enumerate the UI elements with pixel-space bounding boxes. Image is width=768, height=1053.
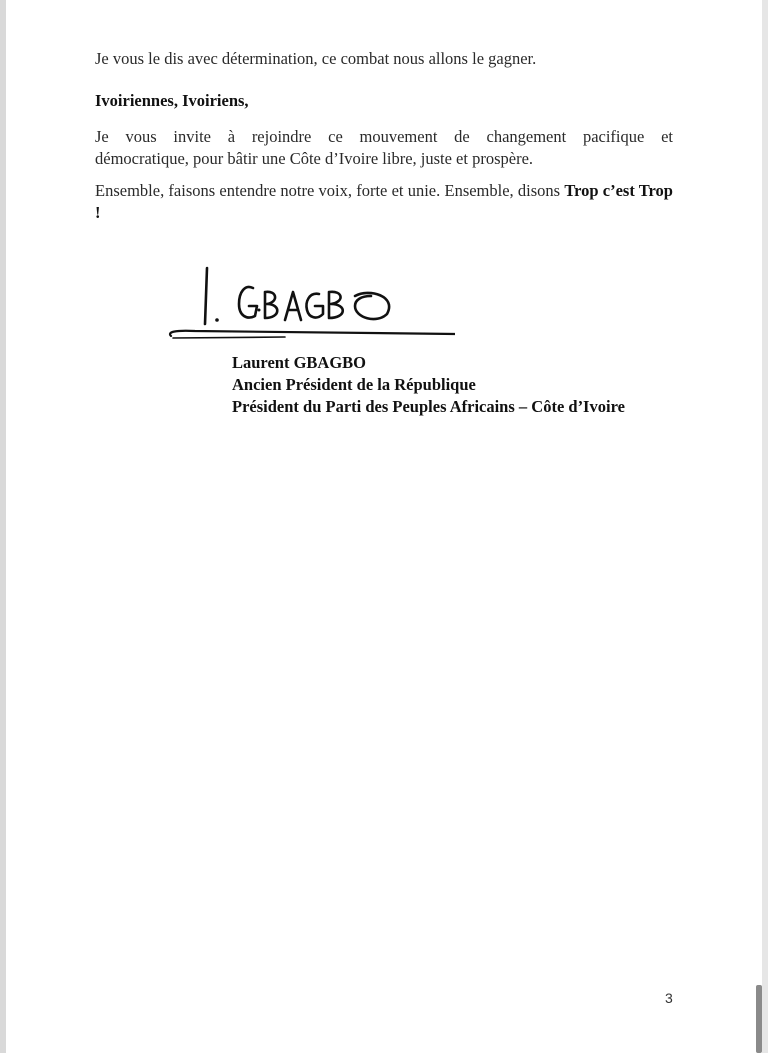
- paragraph-invitation-line2: démocratique, pour bâtir une Côte d’Ivoi…: [95, 149, 533, 168]
- paragraph-ensemble-text: Ensemble, faisons entendre notre voix, f…: [95, 181, 564, 200]
- scrollbar-thumb[interactable]: [756, 985, 762, 1053]
- handwritten-signature: [165, 262, 455, 346]
- paragraph-determination: Je vous le dis avec détermination, ce co…: [95, 48, 673, 70]
- page-number: 3: [665, 990, 673, 1006]
- signatory-name: Laurent GBAGBO: [232, 352, 625, 374]
- signatory-title-1: Ancien Président de la République: [232, 374, 625, 396]
- salutation: Ivoiriennes, Ivoiriens,: [95, 90, 673, 112]
- scroll-track[interactable]: [762, 0, 768, 1053]
- signatory-title-2: Président du Parti des Peuples Africains…: [232, 396, 625, 418]
- paragraph-invitation-line1: Je vous invite à rejoindre ce mouvement …: [95, 126, 673, 148]
- paragraph-invitation: Je vous invite à rejoindre ce mouvement …: [95, 126, 673, 170]
- signature-block: Laurent GBAGBO Ancien Président de la Ré…: [232, 352, 625, 418]
- paragraph-ensemble: Ensemble, faisons entendre notre voix, f…: [95, 180, 673, 224]
